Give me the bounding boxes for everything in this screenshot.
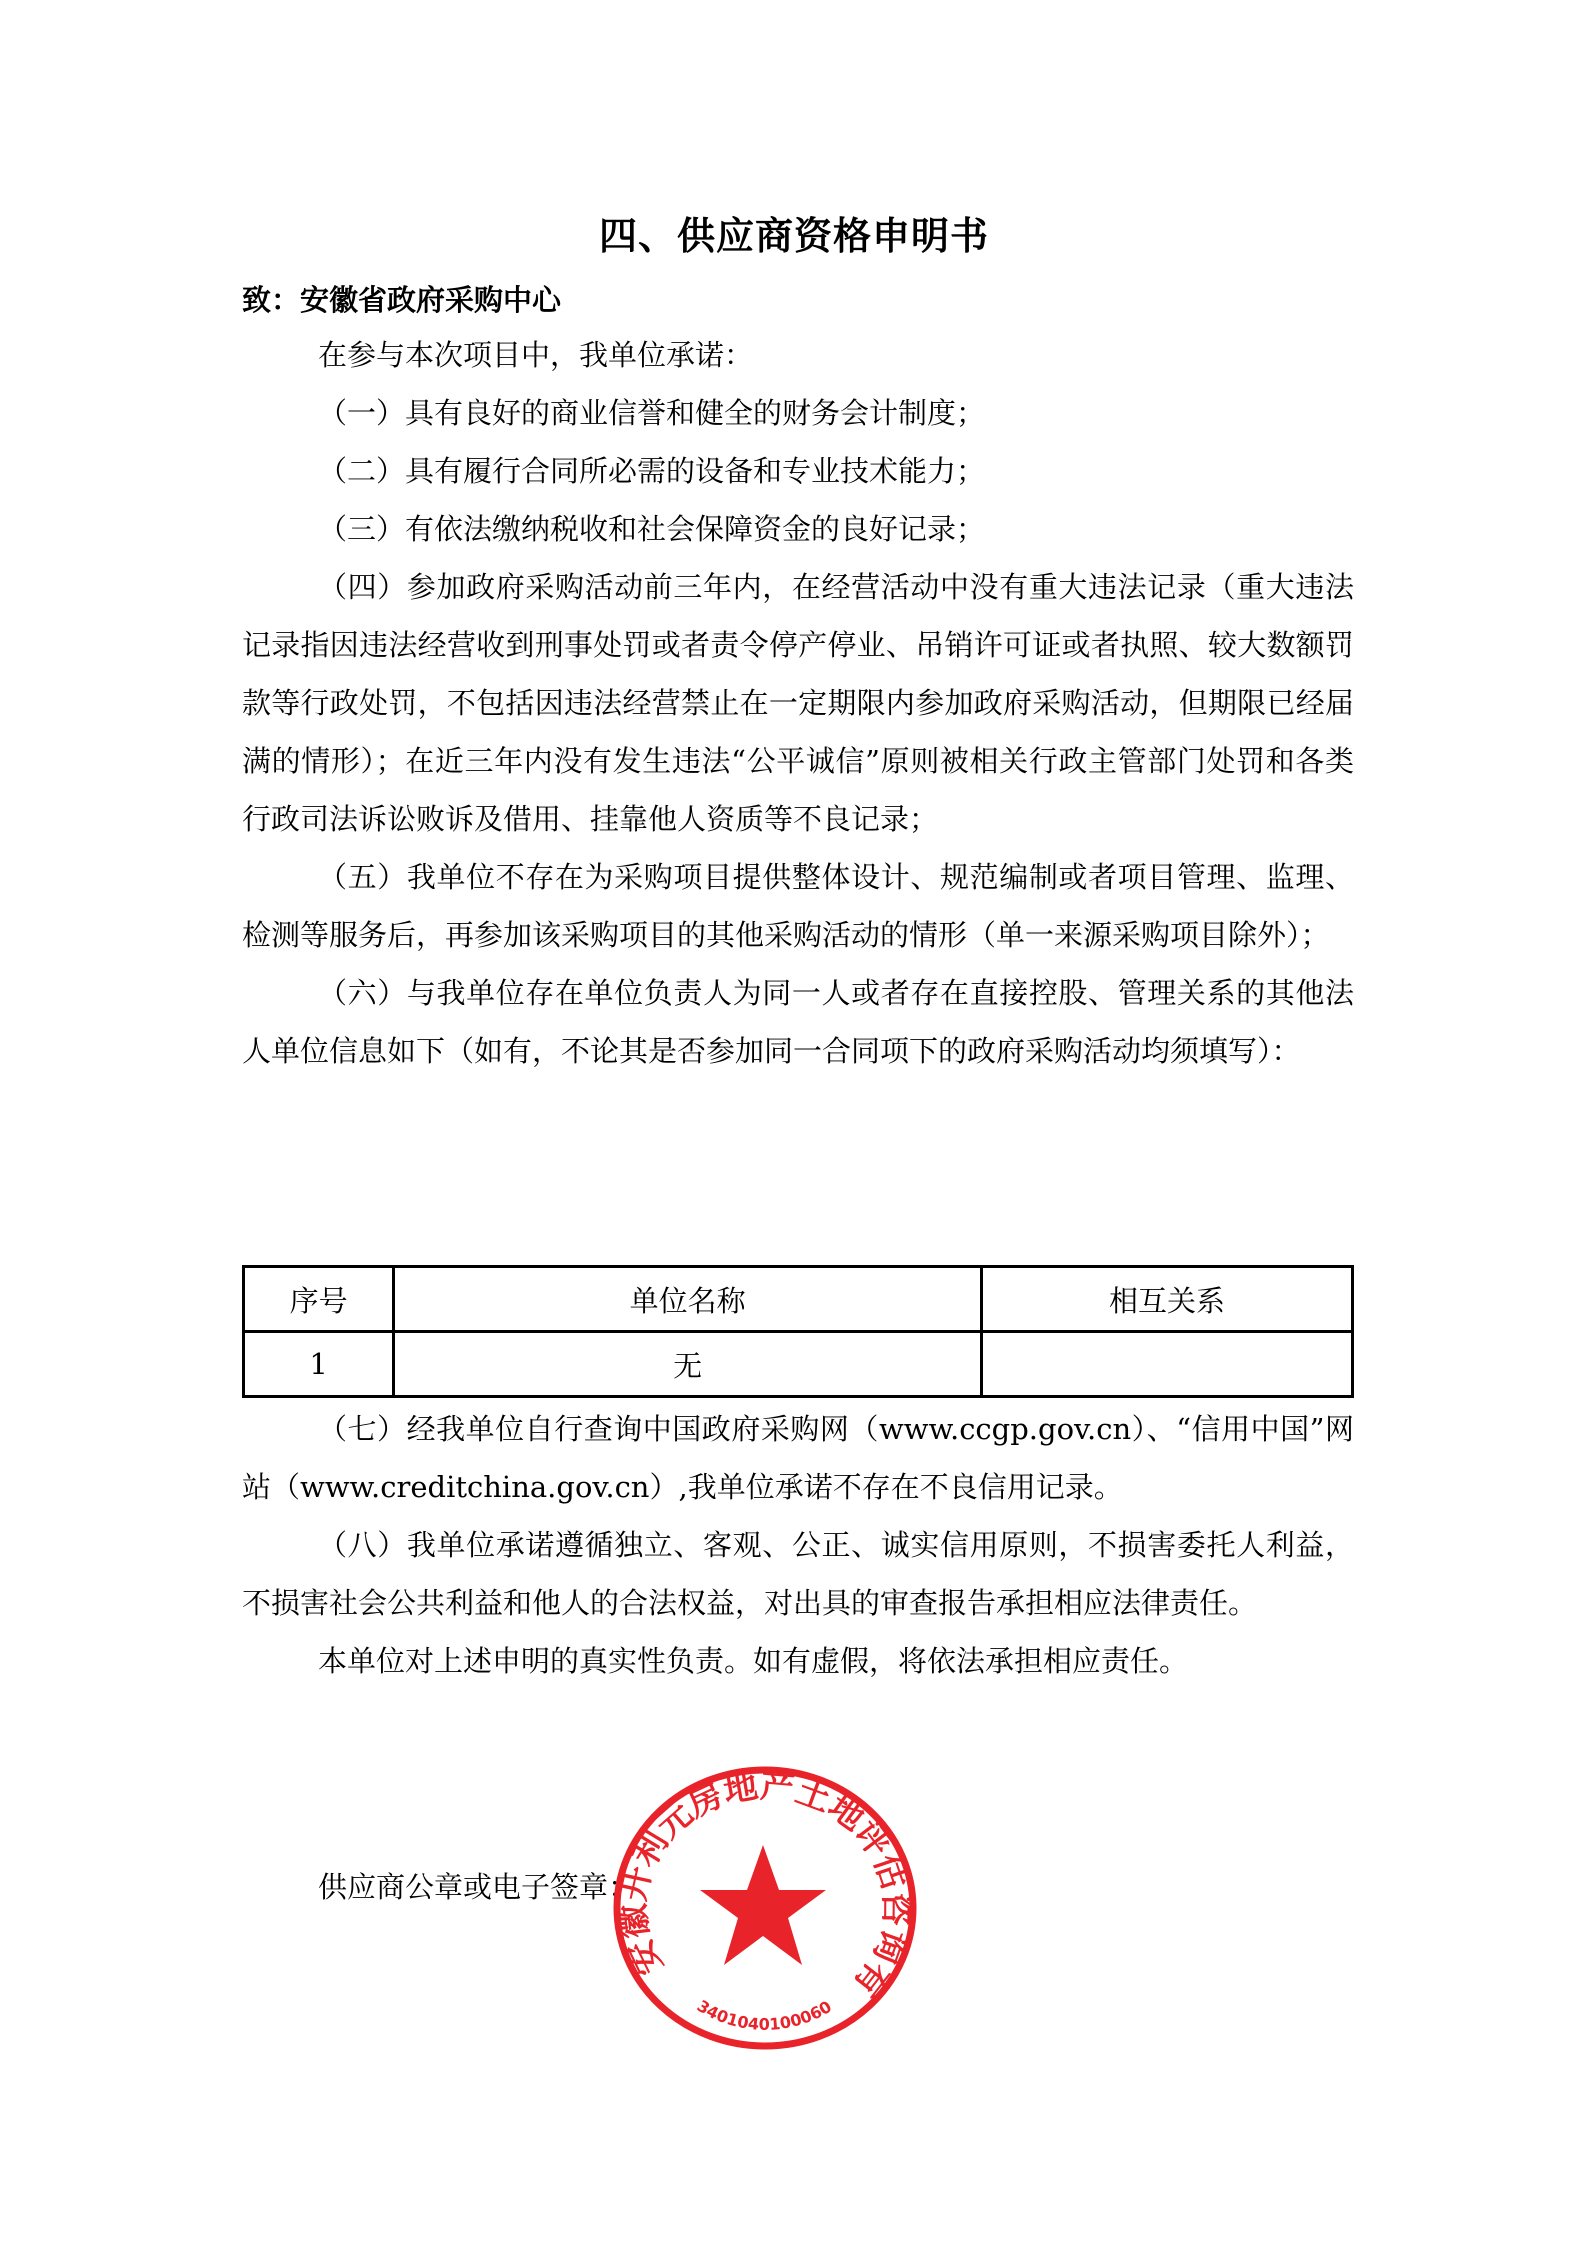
table-row: 1 无 — [244, 1332, 1353, 1397]
clause-7: （七）经我单位自行查询中国政府采购网（www.ccgp.gov.cn）、“信用中… — [242, 1400, 1354, 1516]
header-serial: 序号 — [244, 1267, 394, 1332]
clause-6: （六）与我单位存在单位负责人为同一人或者存在直接控股、管理关系的其他法人单位信息… — [242, 964, 1354, 1080]
document-title: 四、供应商资格申明书 — [0, 205, 1588, 260]
clause-8: （八）我单位承诺遵循独立、客观、公正、诚实信用原则，不损害委托人利益，不损害社会… — [242, 1516, 1354, 1632]
header-unit-name: 单位名称 — [394, 1267, 982, 1332]
cell-relationship — [982, 1332, 1353, 1397]
statement-body: 在参与本次项目中，我单位承诺： （一）具有良好的商业信誉和健全的财务会计制度； … — [242, 326, 1354, 1080]
company-seal: 安徽开利元房地产土地评估咨询有限公司 3401040100060 — [600, 1760, 930, 2060]
cell-unit-name: 无 — [394, 1332, 982, 1397]
related-entities-table: 序号 单位名称 相互关系 1 无 — [242, 1265, 1354, 1398]
clause-4: （四）参加政府采购活动前三年内，在经营活动中没有重大违法记录（重大违法记录指因违… — [242, 558, 1354, 848]
addressee: 致：安徽省政府采购中心 — [242, 278, 561, 319]
intro-paragraph: 在参与本次项目中，我单位承诺： — [242, 326, 1354, 384]
clause-3: （三）有依法缴纳税收和社会保障资金的良好记录； — [242, 500, 1354, 558]
header-relationship: 相互关系 — [982, 1267, 1353, 1332]
signature-label: 供应商公章或电子签章： — [318, 1865, 637, 1906]
clause-2: （二）具有履行合同所必需的设备和专业技术能力； — [242, 442, 1354, 500]
document-page: 四、供应商资格申明书 致：安徽省政府采购中心 在参与本次项目中，我单位承诺： （… — [0, 0, 1588, 2245]
svg-text:3401040100060: 3401040100060 — [694, 1996, 835, 2034]
statement-body-continued: （七）经我单位自行查询中国政府采购网（www.ccgp.gov.cn）、“信用中… — [242, 1400, 1354, 1690]
cell-serial: 1 — [244, 1332, 394, 1397]
table-header-row: 序号 单位名称 相互关系 — [244, 1267, 1353, 1332]
closing-statement: 本单位对上述申明的真实性负责。如有虚假，将依法承担相应责任。 — [242, 1632, 1354, 1690]
clause-1: （一）具有良好的商业信誉和健全的财务会计制度； — [242, 384, 1354, 442]
seal-icon: 安徽开利元房地产土地评估咨询有限公司 3401040100060 — [600, 1760, 930, 2060]
clause-5: （五）我单位不存在为采购项目提供整体设计、规范编制或者项目管理、监理、检测等服务… — [242, 848, 1354, 964]
